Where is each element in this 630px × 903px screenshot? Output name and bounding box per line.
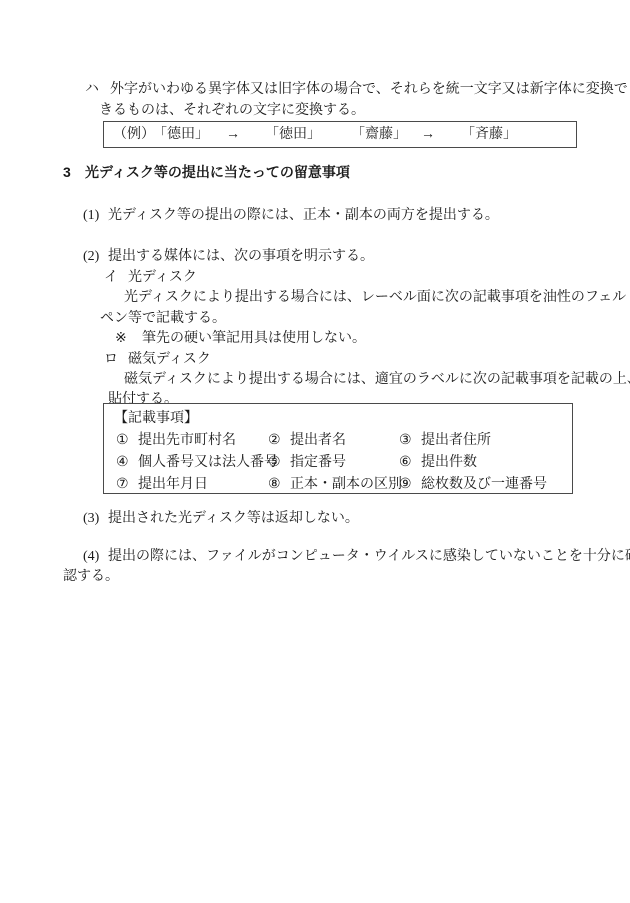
circled-number: ⑤ xyxy=(268,455,290,470)
sub-item-ro-title: 磁気ディスク xyxy=(128,352,211,367)
circled-number: ⑨ xyxy=(399,477,421,492)
item-3-text: 提出された光ディスク等は返却しない。 xyxy=(108,511,359,526)
item-4-number: (4) xyxy=(83,549,108,564)
notation-label: 指定番号 xyxy=(290,455,346,470)
note-text: 筆先の硬い筆記用具は使用しない。 xyxy=(142,331,366,346)
sub-item-i-line2: ペン等で記載する。 xyxy=(100,311,226,326)
sub-item-ro-line1: 磁気ディスクにより提出する場合には、適宜のラベルに次の記載事項を記載の上、 xyxy=(124,372,630,387)
circled-number: ⑥ xyxy=(399,455,421,470)
notation-item: ⑦提出年月日 xyxy=(116,477,208,492)
item-1-text: 光ディスク等の提出の際には、正本・副本の両方を提出する。 xyxy=(108,208,499,223)
sub-item-i-line1: 光ディスクにより提出する場合には、レーベル面に次の記載事項を油性のフェルト xyxy=(124,290,630,305)
example-label: （例） xyxy=(113,127,155,142)
notation-item: ⑥提出件数 xyxy=(399,455,477,470)
example-to1: 「徳田」 xyxy=(265,127,321,142)
notation-item: ⑨総枚数及び一連番号 xyxy=(399,477,547,492)
notation-item: ③提出者住所 xyxy=(399,433,491,448)
example-from1: 「德田」 xyxy=(153,127,209,142)
circled-number: ② xyxy=(268,433,290,448)
circled-number: ⑦ xyxy=(116,477,138,492)
sub-item-ro-label: ロ xyxy=(104,352,128,367)
notation-item: ②提出者名 xyxy=(268,433,346,448)
notation-item: ④個人番号又は法人番号 xyxy=(116,455,278,470)
notation-label: 提出年月日 xyxy=(138,477,208,492)
item-3-number: (3) xyxy=(83,511,108,526)
notation-label: 正本・副本の区別 xyxy=(290,477,402,492)
notation-items-box: 【記載事項】 ①提出先市町村名 ②提出者名 ③提出者住所 ④個人番号又は法人番号… xyxy=(103,403,573,494)
notation-item: ①提出先市町村名 xyxy=(116,433,236,448)
notation-box-title: 【記載事項】 xyxy=(114,411,198,426)
notation-item: ⑤指定番号 xyxy=(268,455,346,470)
item-2-number: (2) xyxy=(83,249,108,264)
sub-item-i-label: イ xyxy=(104,270,128,285)
notation-label: 提出件数 xyxy=(421,455,477,470)
notation-label: 提出先市町村名 xyxy=(138,433,236,448)
sub-item-i-title: 光ディスク xyxy=(128,270,197,285)
item-ha-text1: 外字がいわゆる異字体又は旧字体の場合で、それらを統一文字又は新字体に変換で xyxy=(110,82,628,97)
item-2: (2)提出する媒体には、次の事項を明示する。 xyxy=(83,249,374,264)
sub-item-i: イ光ディスク xyxy=(104,270,197,285)
document-page: ハ外字がいわゆる異字体又は旧字体の場合で、それらを統一文字又は新字体に変換で き… xyxy=(0,0,630,903)
section-title: 光ディスク等の提出に当たっての留意事項 xyxy=(85,164,350,180)
item-ha-label: ハ xyxy=(85,82,110,97)
item-ha-line2: きるものは、それぞれの文字に変換する。 xyxy=(99,103,365,118)
notation-label: 総枚数及び一連番号 xyxy=(421,477,547,492)
circled-number: ① xyxy=(116,433,138,448)
circled-number: ④ xyxy=(116,455,138,470)
notation-item: ⑧正本・副本の区別 xyxy=(268,477,402,492)
circled-number: ③ xyxy=(399,433,421,448)
item-ha-line1: ハ外字がいわゆる異字体又は旧字体の場合で、それらを統一文字又は新字体に変換で xyxy=(85,82,628,97)
example-to2: 「斉藤」 xyxy=(461,127,517,142)
item-4: (4)提出の際には、ファイルがコンピュータ・ウイルスに感染していないことを十分に… xyxy=(83,549,630,564)
arrow-icon: → xyxy=(226,127,240,142)
item-2-text: 提出する媒体には、次の事項を明示する。 xyxy=(108,249,374,264)
example-from2: 「齋藤」 xyxy=(351,127,407,142)
notation-label: 提出者住所 xyxy=(421,433,491,448)
sub-item-ro: ロ磁気ディスク xyxy=(104,352,211,367)
item-4-text1: 提出の際には、ファイルがコンピュータ・ウイルスに感染していないことを十分に確 xyxy=(108,549,630,564)
notation-label: 提出者名 xyxy=(290,433,346,448)
sub-item-i-note: ※筆先の硬い筆記用具は使用しない。 xyxy=(115,331,366,346)
arrow-icon: → xyxy=(421,127,435,142)
item-1-number: (1) xyxy=(83,208,108,223)
item-3: (3)提出された光ディスク等は返却しない。 xyxy=(83,511,359,526)
circled-number: ⑧ xyxy=(268,477,290,492)
note-mark: ※ xyxy=(115,331,142,346)
example-box: （例） 「德田」 → 「徳田」 「齋藤」 → 「斉藤」 xyxy=(103,121,577,148)
item-4-line2: 認する。 xyxy=(63,569,119,584)
item-1: (1)光ディスク等の提出の際には、正本・副本の両方を提出する。 xyxy=(83,208,499,223)
notation-label: 個人番号又は法人番号 xyxy=(138,455,278,470)
section-heading: 3光ディスク等の提出に当たっての留意事項 xyxy=(63,165,350,180)
section-number: 3 xyxy=(63,165,85,180)
